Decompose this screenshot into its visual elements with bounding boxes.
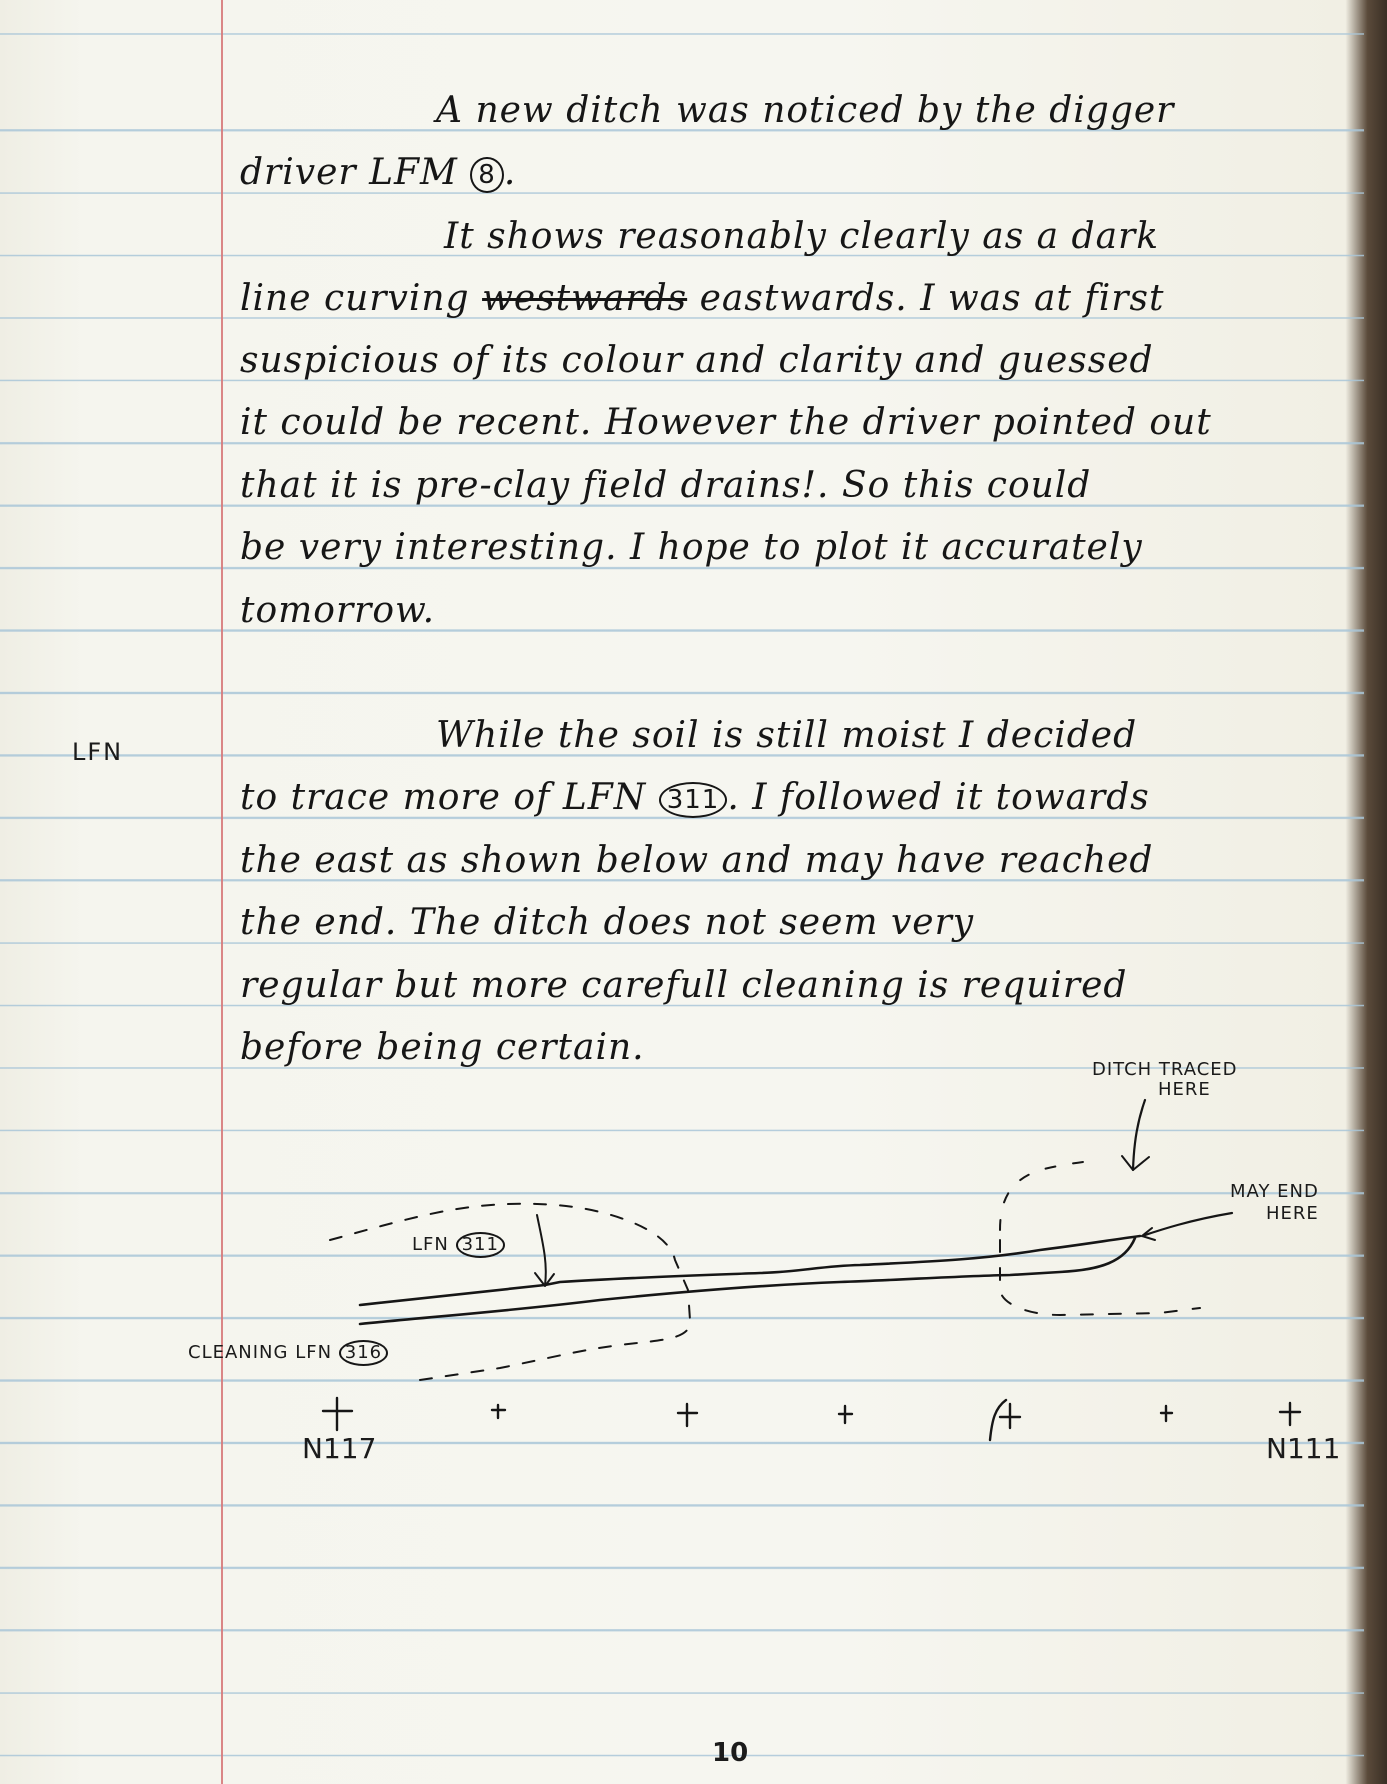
notebook-page: LFN A new ditch was noticed by the digge… <box>0 0 1387 1784</box>
page-number: 10 <box>712 1738 748 1768</box>
ditch-sketch <box>0 0 1387 1784</box>
